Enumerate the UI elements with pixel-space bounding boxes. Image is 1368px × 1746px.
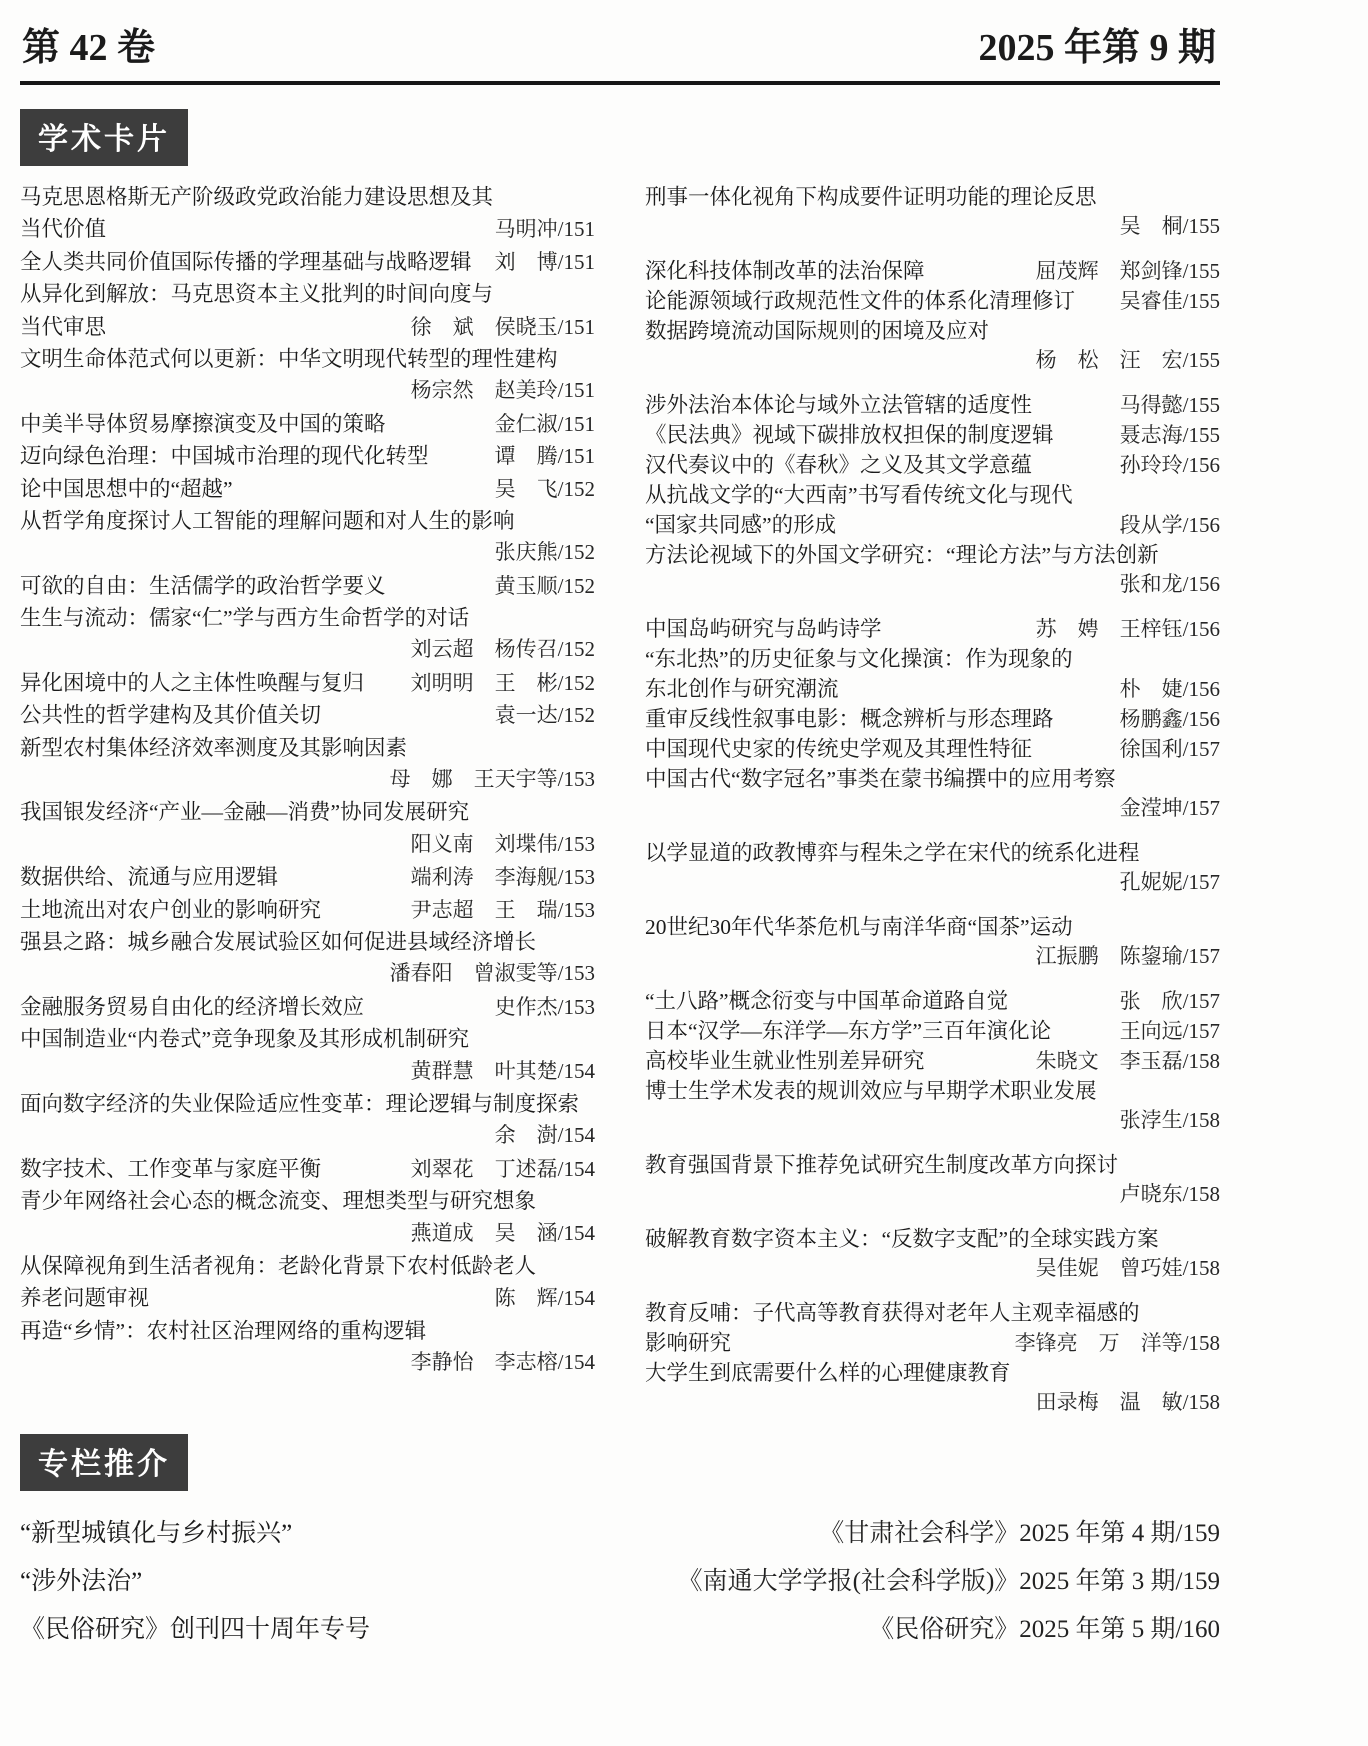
article-title: 博士生学术发表的规训效应与早期学术职业发展 bbox=[645, 1074, 1097, 1105]
toc-entry-row: 燕道成 吴 涵/154 bbox=[20, 1217, 595, 1249]
article-authors-page: 燕道成 吴 涵/154 bbox=[411, 1217, 595, 1247]
toc-gap bbox=[645, 1208, 1220, 1222]
toc-entry-row: 从保障视角到生活者视角：老龄化背景下农村低龄老人 bbox=[20, 1249, 595, 1281]
toc-entry-row: 黄群慧 叶其楚/154 bbox=[20, 1055, 595, 1087]
toc-entry-row: 汉代奏议中的《春秋》之义及其文学意蕴孙玲玲/156 bbox=[645, 448, 1220, 478]
article-title: 从哲学角度探讨人工智能的理解问题和对人生的影响 bbox=[20, 504, 515, 535]
article-authors-page: 马得懿/155 bbox=[1120, 389, 1220, 419]
toc-gap bbox=[645, 896, 1220, 910]
toc-entry-row: 中美半导体贸易摩擦演变及中国的策略金仁淑/151 bbox=[20, 407, 595, 439]
toc-entry-row: 青少年网络社会心态的概念流变、理想类型与研究想象 bbox=[20, 1184, 595, 1216]
article-title: 论中国思想中的“超越” bbox=[20, 472, 233, 503]
article-authors-page: 徐 斌 侯晓玉/151 bbox=[411, 311, 595, 341]
article-authors-page: 潘春阳 曾淑雯等/153 bbox=[390, 957, 595, 987]
article-title: 《民法典》视域下碳排放权担保的制度逻辑 bbox=[645, 418, 1054, 449]
article-title: 文明生命体范式何以更新：中华文明现代转型的理性建构 bbox=[20, 342, 558, 373]
article-authors-page: 阳义南 刘堞伟/153 bbox=[411, 828, 595, 858]
toc-entry-row: 教育强国背景下推荐免试研究生制度改革方向探讨 bbox=[645, 1148, 1220, 1178]
article-title: 中国岛屿研究与岛屿诗学 bbox=[645, 612, 882, 643]
toc-entry-row: 新型农村集体经济效率测度及其影响因素 bbox=[20, 731, 595, 763]
article-authors-page: 杨鹏鑫/156 bbox=[1120, 703, 1220, 733]
toc-entry-row: 数据跨境流动国际规则的困境及应对 bbox=[645, 314, 1220, 344]
article-title: 公共性的哲学建构及其价值关切 bbox=[20, 698, 321, 729]
toc-entry-row: 全人类共同价值国际传播的学理基础与战略逻辑刘 博/151 bbox=[20, 245, 595, 277]
article-title: 论能源领域行政规范性文件的体系化清理修订 bbox=[645, 284, 1075, 315]
toc-gap bbox=[645, 598, 1220, 612]
article-title: 强县之路：城乡融合发展试验区如何促进县域经济增长 bbox=[20, 925, 536, 956]
article-title: “东北热”的历史征象与文化操演：作为现象的 bbox=[645, 642, 1073, 673]
toc-entry-row: 影响研究李锋亮 万 洋等/158 bbox=[645, 1326, 1220, 1356]
toc-entry-row: 刘云超 杨传召/152 bbox=[20, 633, 595, 665]
article-authors-page: 李静怡 李志榕/154 bbox=[411, 1346, 595, 1376]
column-recommend-badge: 专栏推介 bbox=[20, 1434, 188, 1491]
article-authors-page: 段从学/156 bbox=[1120, 509, 1220, 539]
article-authors-page: 卢晓东/158 bbox=[1120, 1178, 1220, 1208]
toc-gap bbox=[645, 970, 1220, 984]
toc-gap bbox=[645, 374, 1220, 388]
featured-column-row: 《民俗研究》创刊四十周年专号《民俗研究》2025 年第 5 期/160 bbox=[20, 1609, 1220, 1657]
toc-entry-row: 涉外法治本体论与域外立法管辖的适度性马得懿/155 bbox=[645, 388, 1220, 418]
article-authors-page: 江振鹏 陈鋆瑜/157 bbox=[1036, 940, 1220, 970]
article-authors-page: 张和龙/156 bbox=[1120, 568, 1220, 598]
toc-entry-row: 卢晓东/158 bbox=[645, 1178, 1220, 1208]
toc-entry-row: 生生与流动：儒家“仁”学与西方生命哲学的对话 bbox=[20, 601, 595, 633]
toc-entry-row: 从异化到解放：马克思资本主义批判的时间向度与 bbox=[20, 277, 595, 309]
article-title: “土八路”概念衍变与中国革命道路自觉 bbox=[645, 984, 1008, 1015]
toc-entry-row: 母 娜 王天宇等/153 bbox=[20, 763, 595, 795]
article-title: 我国银发经济“产业—金融—消费”协同发展研究 bbox=[20, 795, 469, 826]
article-title: 中国古代“数字冠名”事类在蒙书编撰中的应用考察 bbox=[645, 762, 1116, 793]
issue-label: 2025 年第 9 期 bbox=[978, 16, 1216, 71]
toc-entry-row: 文明生命体范式何以更新：中华文明现代转型的理性建构 bbox=[20, 342, 595, 374]
article-title: 破解教育数字资本主义：“反数字支配”的全球实践方案 bbox=[645, 1222, 1159, 1253]
toc-gap bbox=[645, 1282, 1220, 1296]
toc-entry-row: 余 澍/154 bbox=[20, 1119, 595, 1151]
toc-gap bbox=[645, 822, 1220, 836]
article-title: 汉代奏议中的《春秋》之义及其文学意蕴 bbox=[645, 448, 1032, 479]
article-title: 青少年网络社会心态的概念流变、理想类型与研究想象 bbox=[20, 1184, 536, 1215]
toc-entry-row: 当代价值马明冲/151 bbox=[20, 212, 595, 244]
article-title: 20世纪30年代华茶危机与南洋华商“国茶”运动 bbox=[645, 910, 1073, 941]
article-authors-page: 黄群慧 叶其楚/154 bbox=[411, 1055, 595, 1085]
toc-entry-row: 杨 松 汪 宏/155 bbox=[645, 344, 1220, 374]
toc-column-left: 马克思恩格斯无产阶级政党政治能力建设思想及其当代价值马明冲/151全人类共同价值… bbox=[20, 180, 595, 1416]
article-authors-page: 徐国利/157 bbox=[1120, 733, 1220, 763]
toc-entry-row: 教育反哺：子代高等教育获得对老年人主观幸福感的 bbox=[645, 1296, 1220, 1326]
article-authors-page: 陈 辉/154 bbox=[495, 1282, 595, 1312]
article-authors-page: 张庆熊/152 bbox=[495, 536, 595, 566]
article-authors-page: 王向远/157 bbox=[1120, 1015, 1220, 1045]
toc-entry-row: 我国银发经济“产业—金融—消费”协同发展研究 bbox=[20, 795, 595, 827]
toc-entry-row: 东北创作与研究潮流朴 婕/156 bbox=[645, 672, 1220, 702]
toc-entry-row: 土地流出对农户创业的影响研究尹志超 王 瑞/153 bbox=[20, 893, 595, 925]
toc-entry-row: 张和龙/156 bbox=[645, 568, 1220, 598]
toc-entry-row: 日本“汉学—东洋学—东方学”三百年演化论王向远/157 bbox=[645, 1014, 1220, 1044]
featured-column-row: “涉外法治”《南通大学学报(社会科学版)》2025 年第 3 期/159 bbox=[20, 1561, 1220, 1609]
toc-entry-row: 高校毕业生就业性别差异研究朱晓文 李玉磊/158 bbox=[645, 1044, 1220, 1074]
article-authors-page: 刘 博/151 bbox=[495, 246, 595, 276]
article-authors-page: 孔妮妮/157 bbox=[1120, 866, 1220, 896]
article-authors-page: 聂志海/155 bbox=[1120, 419, 1220, 449]
toc-entry-row: 以学显道的政教博弈与程朱之学在宋代的统系化进程 bbox=[645, 836, 1220, 866]
article-title: 金融服务贸易自由化的经济增长效应 bbox=[20, 990, 364, 1021]
toc-entry-row: 李静怡 李志榕/154 bbox=[20, 1346, 595, 1378]
article-title: 教育反哺：子代高等教育获得对老年人主观幸福感的 bbox=[645, 1296, 1140, 1327]
toc-entry-row: “国家共同感”的形成段从学/156 bbox=[645, 508, 1220, 538]
article-authors-page: 田录梅 温 敏/158 bbox=[1036, 1386, 1220, 1416]
article-authors-page: 尹志超 王 瑞/153 bbox=[411, 894, 595, 924]
toc-entry-row: 强县之路：城乡融合发展试验区如何促进县域经济增长 bbox=[20, 925, 595, 957]
article-authors-page: 谭 腾/151 bbox=[495, 440, 595, 470]
page-header: 第 42 卷 2025 年第 9 期 bbox=[20, 12, 1220, 71]
article-authors-page: 孙玲玲/156 bbox=[1120, 449, 1220, 479]
article-title: 中美半导体贸易摩擦演变及中国的策略 bbox=[20, 407, 386, 438]
toc-entry-row: 养老问题审视陈 辉/154 bbox=[20, 1281, 595, 1313]
toc-column-right: 刑事一体化视角下构成要件证明功能的理论反思吴 桐/155深化科技体制改革的法治保… bbox=[645, 180, 1220, 1416]
article-title: 数据跨境流动国际规则的困境及应对 bbox=[645, 314, 989, 345]
article-authors-page: 刘云超 杨传召/152 bbox=[411, 633, 595, 663]
toc-entry-row: 杨宗然 赵美玲/151 bbox=[20, 374, 595, 406]
featured-column-row: “新型城镇化与乡村振兴”《甘肃社会科学》2025 年第 4 期/159 bbox=[20, 1513, 1220, 1561]
toc-entry-row: 深化科技体制改革的法治保障屈茂辉 郑剑锋/155 bbox=[645, 254, 1220, 284]
toc-entry-row: “土八路”概念衍变与中国革命道路自觉张 欣/157 bbox=[645, 984, 1220, 1014]
article-title: 大学生到底需要什么样的心理健康教育 bbox=[645, 1356, 1011, 1387]
toc-entry-row: 吴 桐/155 bbox=[645, 210, 1220, 240]
toc-entry-row: 金滢坤/157 bbox=[645, 792, 1220, 822]
article-authors-page: 袁一达/152 bbox=[495, 699, 595, 729]
article-title: 生生与流动：儒家“仁”学与西方生命哲学的对话 bbox=[20, 601, 469, 632]
toc-gap bbox=[645, 1134, 1220, 1148]
article-authors-page: 杨宗然 赵美玲/151 bbox=[411, 374, 595, 404]
academic-cards-badge: 学术卡片 bbox=[20, 109, 188, 166]
toc-entry-row: 金融服务贸易自由化的经济增长效应史作杰/153 bbox=[20, 990, 595, 1022]
toc-entry-row: 方法论视域下的外国文学研究：“理论方法”与方法创新 bbox=[645, 538, 1220, 568]
toc-entry-row: 吴佳妮 曾巧娃/158 bbox=[645, 1252, 1220, 1282]
article-title: 日本“汉学—东洋学—东方学”三百年演化论 bbox=[645, 1014, 1051, 1045]
toc-entry-row: 从抗战文学的“大西南”书写看传统文化与现代 bbox=[645, 478, 1220, 508]
toc-entry-row: 再造“乡情”：农村社区治理网络的重构逻辑 bbox=[20, 1314, 595, 1346]
article-title: 可欲的自由：生活儒学的政治哲学要义 bbox=[20, 569, 386, 600]
toc-entry-row: 公共性的哲学建构及其价值关切袁一达/152 bbox=[20, 698, 595, 730]
article-title: 教育强国背景下推荐免试研究生制度改革方向探讨 bbox=[645, 1148, 1118, 1179]
toc-entry-row: 面向数字经济的失业保险适应性变革：理论逻辑与制度探索 bbox=[20, 1087, 595, 1119]
toc-entry-row: 可欲的自由：生活儒学的政治哲学要义黄玉顺/152 bbox=[20, 569, 595, 601]
article-authors-page: 母 娜 王天宇等/153 bbox=[390, 763, 595, 793]
toc-entry-row: 刑事一体化视角下构成要件证明功能的理论反思 bbox=[645, 180, 1220, 210]
toc-entry-row: 田录梅 温 敏/158 bbox=[645, 1386, 1220, 1416]
toc-entry-row: 20世纪30年代华茶危机与南洋华商“国茶”运动 bbox=[645, 910, 1220, 940]
article-title: 东北创作与研究潮流 bbox=[645, 672, 839, 703]
article-title: 涉外法治本体论与域外立法管辖的适度性 bbox=[645, 388, 1032, 419]
article-authors-page: 刘翠花 丁述磊/154 bbox=[411, 1153, 595, 1183]
toc-entry-row: “东北热”的历史征象与文化操演：作为现象的 bbox=[645, 642, 1220, 672]
featured-columns-list: “新型城镇化与乡村振兴”《甘肃社会科学》2025 年第 4 期/159“涉外法治… bbox=[20, 1513, 1220, 1657]
article-title: 影响研究 bbox=[645, 1326, 731, 1357]
article-title: 从异化到解放：马克思资本主义批判的时间向度与 bbox=[20, 277, 493, 308]
article-authors-page: 史作杰/153 bbox=[495, 991, 595, 1021]
toc-entry-row: 江振鹏 陈鋆瑜/157 bbox=[645, 940, 1220, 970]
article-authors-page: 马明冲/151 bbox=[495, 213, 595, 243]
article-title: 中国制造业“内卷式”竞争现象及其形成机制研究 bbox=[20, 1022, 469, 1053]
section-academic-cards: 学术卡片 bbox=[20, 109, 1220, 166]
article-title: 迈向绿色治理：中国城市治理的现代化转型 bbox=[20, 439, 429, 470]
toc-entry-row: 大学生到底需要什么样的心理健康教育 bbox=[645, 1356, 1220, 1386]
article-authors-page: 金仁淑/151 bbox=[495, 408, 595, 438]
toc-entry-row: 中国古代“数字冠名”事类在蒙书编撰中的应用考察 bbox=[645, 762, 1220, 792]
article-title: 从抗战文学的“大西南”书写看传统文化与现代 bbox=[645, 478, 1073, 509]
toc-entry-row: 破解教育数字资本主义：“反数字支配”的全球实践方案 bbox=[645, 1222, 1220, 1252]
article-authors-page: 刘明明 王 彬/152 bbox=[411, 667, 595, 697]
toc-entry-row: 中国制造业“内卷式”竞争现象及其形成机制研究 bbox=[20, 1022, 595, 1054]
featured-column-label: 《民俗研究》创刊四十周年专号 bbox=[20, 1609, 370, 1645]
featured-column-label: “涉外法治” bbox=[20, 1561, 142, 1597]
article-authors-page: 余 澍/154 bbox=[495, 1119, 595, 1149]
featured-column-label: “新型城镇化与乡村振兴” bbox=[20, 1513, 292, 1549]
header-rule bbox=[20, 81, 1220, 85]
article-authors-page: 苏 娉 王梓钰/156 bbox=[1036, 613, 1220, 643]
article-authors-page: 吴佳妮 曾巧娃/158 bbox=[1036, 1252, 1220, 1282]
journal-toc-page: 第 42 卷 2025 年第 9 期 学术卡片 马克思恩格斯无产阶级政党政治能力… bbox=[0, 0, 1368, 1746]
article-authors-page: 张浡生/158 bbox=[1120, 1104, 1220, 1134]
toc-entry-row: 博士生学术发表的规训效应与早期学术职业发展 bbox=[645, 1074, 1220, 1104]
toc-entry-row: 中国现代史家的传统史学观及其理性特征徐国利/157 bbox=[645, 732, 1220, 762]
article-authors-page: 端利涛 李海舰/153 bbox=[411, 861, 595, 891]
article-title: 新型农村集体经济效率测度及其影响因素 bbox=[20, 731, 407, 762]
featured-column-source: 《甘肃社会科学》2025 年第 4 期/159 bbox=[819, 1513, 1220, 1549]
article-title: “国家共同感”的形成 bbox=[645, 508, 836, 539]
article-title: 异化困境中的人之主体性唤醒与复归 bbox=[20, 666, 364, 697]
toc-columns: 马克思恩格斯无产阶级政党政治能力建设思想及其当代价值马明冲/151全人类共同价值… bbox=[20, 180, 1220, 1416]
article-title: 数字技术、工作变革与家庭平衡 bbox=[20, 1152, 321, 1183]
article-title: 以学显道的政教博弈与程朱之学在宋代的统系化进程 bbox=[645, 836, 1140, 867]
toc-entry-row: 阳义南 刘堞伟/153 bbox=[20, 828, 595, 860]
article-title: 刑事一体化视角下构成要件证明功能的理论反思 bbox=[645, 180, 1097, 211]
article-authors-page: 屈茂辉 郑剑锋/155 bbox=[1036, 255, 1220, 285]
featured-column-source: 《南通大学学报(社会科学版)》2025 年第 3 期/159 bbox=[678, 1561, 1220, 1597]
featured-column-source: 《民俗研究》2025 年第 5 期/160 bbox=[869, 1609, 1220, 1645]
article-title: 土地流出对农户创业的影响研究 bbox=[20, 893, 321, 924]
article-title: 养老问题审视 bbox=[20, 1281, 149, 1312]
article-title: 数据供给、流通与应用逻辑 bbox=[20, 860, 278, 891]
toc-entry-row: 中国岛屿研究与岛屿诗学苏 娉 王梓钰/156 bbox=[645, 612, 1220, 642]
toc-entry-row: 张浡生/158 bbox=[645, 1104, 1220, 1134]
toc-entry-row: 重审反线性叙事电影：概念辨析与形态理路杨鹏鑫/156 bbox=[645, 702, 1220, 732]
article-authors-page: 金滢坤/157 bbox=[1120, 792, 1220, 822]
article-authors-page: 李锋亮 万 洋等/158 bbox=[1015, 1327, 1220, 1357]
article-title: 马克思恩格斯无产阶级政党政治能力建设思想及其 bbox=[20, 180, 493, 211]
toc-entry-row: 孔妮妮/157 bbox=[645, 866, 1220, 896]
toc-entry-row: 当代审思徐 斌 侯晓玉/151 bbox=[20, 310, 595, 342]
toc-gap bbox=[645, 240, 1220, 254]
article-title: 从保障视角到生活者视角：老龄化背景下农村低龄老人 bbox=[20, 1249, 536, 1280]
article-authors-page: 吴 桐/155 bbox=[1120, 210, 1220, 240]
toc-entry-row: 数据供给、流通与应用逻辑端利涛 李海舰/153 bbox=[20, 860, 595, 892]
toc-entry-row: 《民法典》视域下碳排放权担保的制度逻辑聂志海/155 bbox=[645, 418, 1220, 448]
article-title: 深化科技体制改革的法治保障 bbox=[645, 254, 925, 285]
toc-entry-row: 马克思恩格斯无产阶级政党政治能力建设思想及其 bbox=[20, 180, 595, 212]
article-title: 再造“乡情”：农村社区治理网络的重构逻辑 bbox=[20, 1314, 426, 1345]
toc-entry-row: 论能源领域行政规范性文件的体系化清理修订吴睿佳/155 bbox=[645, 284, 1220, 314]
toc-entry-row: 从哲学角度探讨人工智能的理解问题和对人生的影响 bbox=[20, 504, 595, 536]
toc-entry-row: 张庆熊/152 bbox=[20, 536, 595, 568]
article-title: 中国现代史家的传统史学观及其理性特征 bbox=[645, 732, 1032, 763]
toc-entry-row: 论中国思想中的“超越”吴 飞/152 bbox=[20, 472, 595, 504]
volume-label: 第 42 卷 bbox=[22, 16, 155, 71]
toc-entry-row: 迈向绿色治理：中国城市治理的现代化转型谭 腾/151 bbox=[20, 439, 595, 471]
article-authors-page: 张 欣/157 bbox=[1120, 985, 1220, 1015]
article-authors-page: 吴 飞/152 bbox=[495, 473, 595, 503]
article-authors-page: 朱晓文 李玉磊/158 bbox=[1036, 1045, 1220, 1075]
section-column-recommend: 专栏推介 bbox=[20, 1434, 1220, 1491]
article-authors-page: 黄玉顺/152 bbox=[495, 570, 595, 600]
toc-entry-row: 数字技术、工作变革与家庭平衡刘翠花 丁述磊/154 bbox=[20, 1152, 595, 1184]
toc-entry-row: 异化困境中的人之主体性唤醒与复归刘明明 王 彬/152 bbox=[20, 666, 595, 698]
article-title: 高校毕业生就业性别差异研究 bbox=[645, 1044, 925, 1075]
article-title: 当代价值 bbox=[20, 212, 106, 243]
article-authors-page: 吴睿佳/155 bbox=[1120, 285, 1220, 315]
article-authors-page: 杨 松 汪 宏/155 bbox=[1036, 344, 1220, 374]
article-title: 重审反线性叙事电影：概念辨析与形态理路 bbox=[645, 702, 1054, 733]
article-title: 面向数字经济的失业保险适应性变革：理论逻辑与制度探索 bbox=[20, 1087, 579, 1118]
article-authors-page: 朴 婕/156 bbox=[1120, 673, 1220, 703]
article-title: 全人类共同价值国际传播的学理基础与战略逻辑 bbox=[20, 245, 472, 276]
article-title: 当代审思 bbox=[20, 310, 106, 341]
toc-entry-row: 潘春阳 曾淑雯等/153 bbox=[20, 957, 595, 989]
article-title: 方法论视域下的外国文学研究：“理论方法”与方法创新 bbox=[645, 538, 1159, 569]
